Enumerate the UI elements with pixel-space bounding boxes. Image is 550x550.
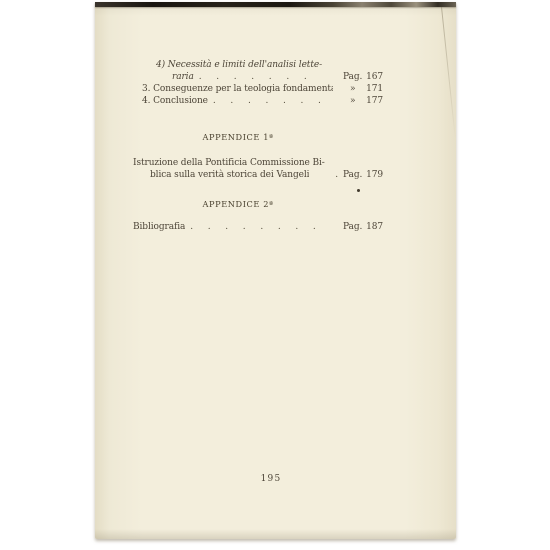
bibliografia-row: Bibliografia . . . . . . . . Pag. 187 <box>133 221 383 233</box>
toc-list: 4) Necessità e limiti dell'analisi lette… <box>133 59 383 107</box>
toc-entry-4-line2-row: raria . . . . . . . Pag. 167 <box>133 71 383 83</box>
dot-leaders: . . . . . . . . <box>185 221 343 233</box>
page-ref-number: 179 <box>366 169 383 181</box>
scan-speck <box>357 189 360 192</box>
page-number: 195 <box>95 474 447 484</box>
page-ref-number: 177 <box>366 95 383 107</box>
appendix-1-entry-line2: blica sulla verità storica dei Vangeli <box>133 169 309 181</box>
page-ref-label: » <box>343 95 355 107</box>
toc-entry-4-line1: 4) Necessità e limiti dell'analisi lette… <box>133 59 383 71</box>
toc-entry-conclusione: 4. Conclusione <box>133 95 208 107</box>
appendix-1-entry-line2-row: blica sulla verità storica dei Vangeli .… <box>133 169 383 181</box>
page-ref-label: Pag. <box>343 71 362 83</box>
appendix-2-heading: APPENDICE 2ª <box>133 199 343 210</box>
dot-leaders: . . . . . . . <box>194 71 343 83</box>
book-page-scan: 4) Necessità e limiti dell'analisi lette… <box>95 2 456 539</box>
page-ref-label: » <box>343 83 355 95</box>
toc-entry-conseguenze: 3. Conseguenze per la teologia fondament… <box>133 83 333 95</box>
page-ref: » 171 <box>343 83 383 95</box>
page-ref: Pag. 179 <box>343 169 383 181</box>
bibliografia-entry: Bibliografia <box>133 221 185 233</box>
page-ref: Pag. 167 <box>343 71 383 83</box>
toc-entry-conclusione-row: 4. Conclusione . . . . . . . » 177 <box>133 95 383 107</box>
page-ref-number: 167 <box>366 71 383 83</box>
page-ref-number: 171 <box>366 83 383 95</box>
dot-leaders: . <box>309 169 343 181</box>
page-ref: Pag. 187 <box>343 221 383 233</box>
toc-entry-conseguenze-row: 3. Conseguenze per la teologia fondament… <box>133 83 383 95</box>
toc-entry-4-line2: raria <box>133 71 194 83</box>
page-ref-label: Pag. <box>343 221 362 233</box>
page-edge-crease <box>441 7 456 138</box>
appendix-1-entry-line1: Istruzione della Pontificia Commissione … <box>133 157 383 169</box>
appendix-1-entry: Istruzione della Pontificia Commissione … <box>133 157 383 181</box>
page-ref: » 177 <box>343 95 383 107</box>
dot-leaders: . . . . . . . <box>208 95 343 107</box>
page-ref-number: 187 <box>366 221 383 233</box>
appendix-1-heading: APPENDICE 1ª <box>133 132 343 143</box>
scan-top-edge <box>95 2 456 7</box>
page-ref-label: Pag. <box>343 169 362 181</box>
